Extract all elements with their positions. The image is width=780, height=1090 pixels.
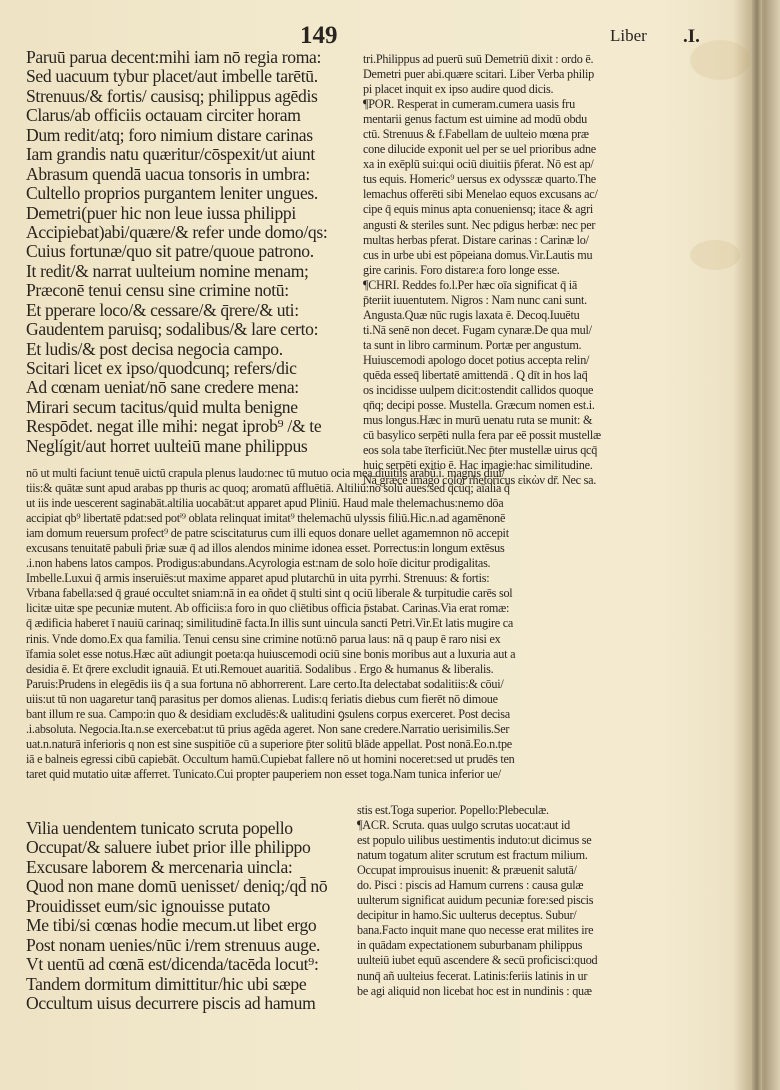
commentary-line: ¶CHRI. Reddes fo.l.Per hæc oīa significa… [363, 278, 685, 293]
commentary-line: gire carinis. Foro distare:a foro longe … [363, 263, 685, 278]
commentary-line: Angusta.Quæ nūc rugis laxata ē. Decoq.Iu… [363, 308, 685, 323]
verse-line: Me tibi/si cœnas hodie mecum.ut libet er… [26, 916, 356, 935]
commentary-full-width: nō ut multi faciunt tenuē uictū crapula … [26, 466, 686, 782]
verse-line: Excusare laborem & mercenaria uincla: [26, 858, 356, 877]
verse-line: Accipiebat)abi/quære/& refer unde domo/q… [26, 223, 356, 242]
verse-line: Vilia uendentem tunicato scruta popello [26, 819, 356, 838]
commentary-line: qn̄q; decipi posse. Mustella. Græcum nom… [363, 398, 685, 413]
verse-line: Prouidisset eum/sic ignouisse putato [26, 897, 356, 916]
verse-block-bottom: Vilia uendentem tunicato scruta popelloO… [26, 819, 356, 1013]
verse-line: Dum redit/atq; foro nimium distare carin… [26, 126, 356, 145]
commentary-line: os incidisse uulpem dicit:ostendit calli… [363, 383, 685, 398]
commentary-line: q̄ ædificia haberet ī nauiū carinaq; sim… [26, 616, 686, 631]
commentary-line: iā e balneis egressi cibū capiebāt. Occu… [26, 752, 686, 767]
commentary-line: Vrbana fabella:sed q̄ graué occultet sni… [26, 586, 686, 601]
verse-line: Demetri(puer hic non leue iussa philippi [26, 204, 356, 223]
verse-block-top: Paruū parua decent:mihi iam nō regia rom… [26, 48, 356, 456]
commentary-line: uulterum significat auidum pecuniæ fore:… [357, 893, 685, 908]
commentary-line: uat.n.naturā inferioris q non est sine s… [26, 737, 686, 752]
commentary-line: iam domum reuersum profect⁹ de patre sci… [26, 526, 686, 541]
verse-line: Et pperare loco/& cessare/& q̄rere/& uti… [26, 301, 356, 320]
commentary-line: licitæ uitæ spe pecuniæ mutent. Ab offic… [26, 601, 686, 616]
commentary-line: ta sunt in libro carminum. Portæ per ang… [363, 338, 685, 353]
commentary-line: cone dilucide exponit uel per se uel pri… [363, 142, 685, 157]
verse-line: It redit/& narrat uulteium nomine menam; [26, 262, 356, 281]
commentary-line: lemachus offerēti sibi Menelao equos exc… [363, 187, 685, 202]
verse-line: Cuius fortunæ/quo sit patre/quoue patron… [26, 242, 356, 261]
folio-number: 149 [300, 22, 338, 50]
commentary-line: in quādam expectationem suburbanam phili… [357, 938, 685, 953]
commentary-line: decipitur in hamo.Sic uulterus deceptus.… [357, 908, 685, 923]
commentary-line: īfamia solet esse notus.Hæc aūt adiungit… [26, 647, 686, 662]
book-number: .I. [683, 26, 700, 48]
commentary-line: pi placet inquit ex ipso audire quod dic… [363, 82, 685, 97]
verse-line: Clarus/ab officiis octauam circiter hora… [26, 106, 356, 125]
verse-line: Iam grandis natu quæritur/cōspexit/ut ai… [26, 145, 356, 164]
commentary-line: nō ut multi faciunt tenuē uictū crapula … [26, 466, 686, 481]
commentary-line: cū basylico serpēti nulla fera par eē po… [363, 428, 685, 443]
commentary-right-top: tri.Philippus ad puerū suū Demetriū dixi… [363, 52, 685, 488]
commentary-line: tus equis. Homeric⁹ uersus ex odyssεæ qu… [363, 172, 685, 187]
verse-line: Respōdet. negat ille mihi: negat iprob⁹ … [26, 417, 356, 436]
verse-line: Gaudentem paruisq; sodalibus/& lare cert… [26, 320, 356, 339]
commentary-line: ¶POR. Resperat in cumeram.cumera uasis f… [363, 97, 685, 112]
commentary-line: be agi aliquid non licebat hoc est in nu… [357, 984, 685, 999]
commentary-line: quēda esseq̄ libertatē amittendā . Q dīt… [363, 368, 685, 383]
commentary-line: accipiat qb⁹ libertatē pdat:sed potⁱ⁹ ob… [26, 511, 686, 526]
commentary-line: taret quid mutatio uitæ afferret. Tunica… [26, 767, 686, 782]
commentary-line: rinis. Vnde domo.Ex qua familia. Tenui c… [26, 632, 686, 647]
commentary-line: tri.Philippus ad puerū suū Demetriū dixi… [363, 52, 685, 67]
verse-line: Occultum uisus decurrere piscis ad hamum [26, 994, 356, 1013]
commentary-line: Demetri puer abi.quære scitari. Liber Ve… [363, 67, 685, 82]
commentary-line: natum togatum aliter scrutum est fractum… [357, 848, 685, 863]
commentary-line: .i.absoluta. Negocia.Ita.n.se exercebat:… [26, 722, 686, 737]
commentary-line: nunq̄ añ uulteius fecerat. Latinis:ferii… [357, 969, 685, 984]
commentary-line: xa in exēplū sui:qui ociū diuitiis p̄fer… [363, 157, 685, 172]
commentary-line: cus in urbe ubi est pōpeiana domus.Vir.L… [363, 248, 685, 263]
verse-line: Abrasum quendā uacua tonsoris in umbra: [26, 165, 356, 184]
commentary-right-bottom: stis est.Toga superior. Popello:Plebecul… [357, 803, 685, 999]
commentary-line: ut iis inde uescerent saginabāt.altilia … [26, 496, 686, 511]
verse-line: Paruū parua decent:mihi iam nō regia rom… [26, 48, 356, 67]
commentary-line: mus longus.Hæc in murū uenatu ruta se mu… [363, 413, 685, 428]
verse-line: Quod non mane domū uenisset/ deniq;/qd̄ … [26, 877, 356, 896]
commentary-line: Occupat improuisus inuenit: & præuenit s… [357, 863, 685, 878]
page-gutter-edge [752, 0, 762, 1090]
commentary-line: est populo uilibus uestimentis induto:ut… [357, 833, 685, 848]
verse-line: Mirari secum tacitus/quid multa benigne [26, 398, 356, 417]
commentary-line: cipe q̄ equis minus apta conueniensq; it… [363, 202, 685, 217]
verse-line: Strenuus/& fortis/ causisq; philippus ag… [26, 87, 356, 106]
verse-line: Vt uentū ad cœnā est/dicenda/tacēda locu… [26, 955, 356, 974]
verse-line: Neglígit/aut horret uulteiū mane philipp… [26, 437, 356, 456]
commentary-line: ctū. Strenuus & f.Fabellam de uulteio mœ… [363, 127, 685, 142]
commentary-line: uiis:ut tū non uagaretur tanq̄ parasitus… [26, 692, 686, 707]
commentary-line: do. Pisci : piscis ad Hamum currens : ca… [357, 878, 685, 893]
commentary-line: ¶ACR. Scruta. quas uulgo scrutas uocat:a… [357, 818, 685, 833]
commentary-line: p̄teriit iuuentutem. Nigros : Nam nunc c… [363, 293, 685, 308]
verse-line: Ad cœnam ueniat/nō sane credere mena: [26, 378, 356, 397]
commentary-line: multas herbas pferat. Distare carinas : … [363, 233, 685, 248]
verse-line: Cultello proprios purgantem leniter ungu… [26, 184, 356, 203]
verse-line: Sed uacuum tybur placet/aut imbelle tarē… [26, 67, 356, 86]
commentary-line: Paruis:Prudens in elegēdis iis q̄ a sua … [26, 677, 686, 692]
commentary-line: uulteiū iubet equū ascendere & secū prof… [357, 953, 685, 968]
verse-line: Præconē tenui censu sine crimine notū: [26, 281, 356, 300]
commentary-line: .i.non habens latos campos. Prodigus:abu… [26, 556, 686, 571]
commentary-line: Imbelle.Luxui q̄ armis inseruiēs:ut maxi… [26, 571, 686, 586]
verse-line: Post nonam uenies/nūc i/rem strenuus aug… [26, 936, 356, 955]
commentary-line: tiis:& quātæ sunt apud arabas pp thuris … [26, 481, 686, 496]
verse-line: Tandem dormitum dimittitur/hic ubi sæpe [26, 975, 356, 994]
commentary-line: stis est.Toga superior. Popello:Plebecul… [357, 803, 685, 818]
verse-line: Scitari licet ex ipso/quodcunq; refers/d… [26, 359, 356, 378]
paper-stain [690, 240, 740, 270]
commentary-line: mentarii genus factum est uimine ad modū… [363, 112, 685, 127]
running-title: Liber [610, 26, 647, 46]
commentary-line: excusans tenuitatē pabuli p̄riæ suæ q̄ a… [26, 541, 686, 556]
commentary-line: angusti & steriles sunt. Nec pdigus herb… [363, 218, 685, 233]
commentary-line: ti.Nā senē non decet. Fugam cynaræ.De qu… [363, 323, 685, 338]
commentary-line: bana.Facto inquit mane quo necesse erat … [357, 923, 685, 938]
verse-line: Et ludis/& post decisa negocia campo. [26, 340, 356, 359]
commentary-line: eos sola tabe īterficiūt.Nec p̄ter muste… [363, 443, 685, 458]
commentary-line: Huiuscemodi apologo docet potius accepta… [363, 353, 685, 368]
commentary-line: desidia ē. Et q̄rere excludit ignauiā. E… [26, 662, 686, 677]
verse-line: Occupat/& saluere iubet prior ille phili… [26, 838, 356, 857]
commentary-line: bant illum re sua. Campo:in quo & desidi… [26, 707, 686, 722]
